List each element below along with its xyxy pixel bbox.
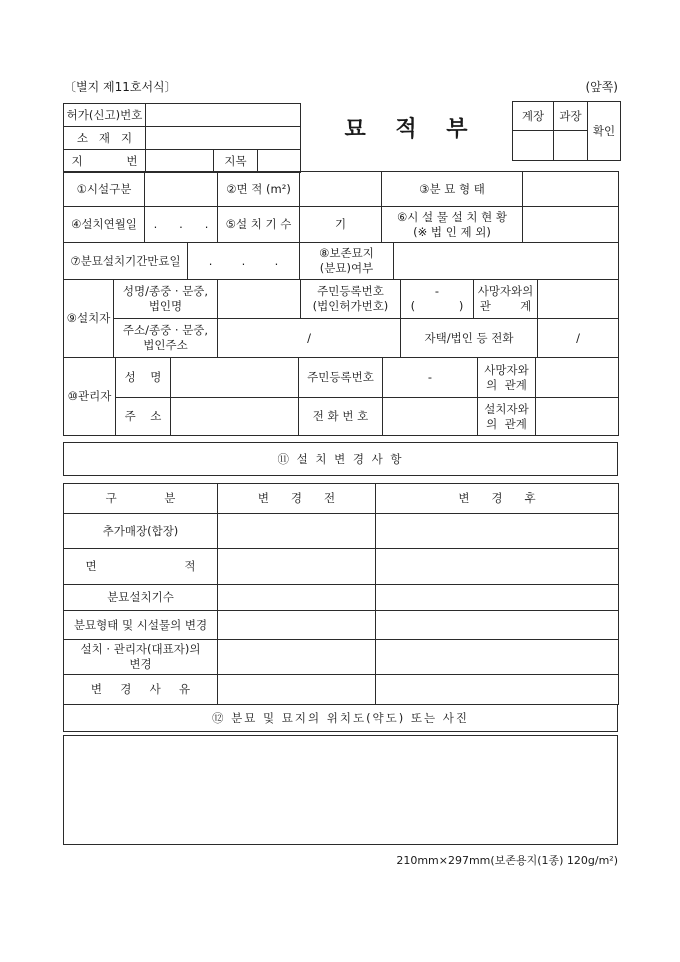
approval-manager-sign-cell <box>554 131 588 161</box>
manager-relation-field <box>536 358 619 398</box>
install-date-field: . . . <box>145 207 218 243</box>
change-before-field <box>218 514 376 549</box>
change-row-label-grave-form-facility: 분묘형태 및 시설물의 변경 <box>64 611 218 640</box>
preserved-grave-label: ⑧보존묘지 (분묘)여부 <box>300 243 394 280</box>
change-col-header-before: 변 경 전 <box>218 484 376 514</box>
facility-status-label: ⑥시 설 물 설 치 현 황 (※ 법 인 제 외) <box>382 207 523 243</box>
manager-name-field <box>171 358 299 398</box>
change-after-field <box>376 640 619 675</box>
manager-table: ⑩관리자 성 명 주민등록번호 - 사망자와 의 관계 주 소 전 화 번 호 … <box>63 357 619 436</box>
area-label: ②면 적 (m²) <box>218 172 300 207</box>
expiry-row-table: ⑦분묘설치기간만료일 . . . ⑧보존묘지 (분묘)여부 <box>63 242 619 280</box>
change-row-label-installer-manager: 설치 · 관리자(대표자)의 변경 <box>64 640 218 675</box>
manager-relation2-label: 설치자와 의 관계 <box>478 398 536 436</box>
facility-status-field <box>523 207 619 243</box>
approval-box: 계장 과장 확인 <box>512 101 621 161</box>
install-count-field: 기 <box>300 207 382 243</box>
map-section-title-bar: ⑫ 분묘 및 묘지의 위치도(약도) 또는 사진 <box>63 704 618 732</box>
installer-name-label: 성명/종중 · 문중, 법인명 <box>114 280 218 319</box>
change-col-header-after: 변 경 후 <box>376 484 619 514</box>
installer-phone-label: 자택/법인 등 전화 <box>401 319 538 358</box>
front-side-note: (앞쪽) <box>63 78 618 95</box>
installer-address-field: / <box>218 319 401 358</box>
installer-address-label: 주소/종중 · 문중, 법인주소 <box>114 319 218 358</box>
change-after-field <box>376 514 619 549</box>
approval-manager-label: 과장 <box>554 102 588 131</box>
land-category-field <box>258 150 301 173</box>
change-before-field <box>218 675 376 705</box>
manager-relation2-field <box>536 398 619 436</box>
grave-form-field <box>523 172 619 207</box>
manager-section-label: ⑩관리자 <box>64 358 116 436</box>
map-section-title: ⑫ 분묘 및 묘지의 위치도(약도) 또는 사진 <box>64 705 618 732</box>
change-row-label-change-reason: 변 경 사 유 <box>64 675 218 705</box>
installer-table: ⑨설치자 성명/종중 · 문중, 법인명 주민등록번호 (법인허가번호) - (… <box>63 279 619 358</box>
manager-phone-label: 전 화 번 호 <box>299 398 383 436</box>
lot-number-label: 지 번 <box>64 150 146 173</box>
approval-chief-sign-cell <box>513 131 554 161</box>
expiry-date-field: . . . <box>188 243 300 280</box>
change-before-field <box>218 549 376 585</box>
paper-spec-note: 210mm×297mm(보존용지(1종) 120g/m²) <box>63 852 618 868</box>
preserved-grave-field <box>394 243 619 280</box>
change-row-label-area: 면 적 <box>64 549 218 585</box>
installer-section-label: ⑨설치자 <box>64 280 114 358</box>
map-photo-area <box>63 735 618 845</box>
header-table: 허가(신고)번호 소 재 지 지 번 지목 <box>63 103 301 173</box>
install-count-label: ⑤설 치 기 수 <box>218 207 300 243</box>
change-after-field <box>376 675 619 705</box>
area-field <box>300 172 382 207</box>
permit-number-field <box>146 104 301 127</box>
facility-class-label: ①시설구분 <box>64 172 145 207</box>
facility-class-field <box>145 172 218 207</box>
manager-address-label: 주 소 <box>116 398 171 436</box>
change-section-title: ⑪ 설 치 변 경 사 항 <box>64 443 618 476</box>
approval-confirm-label: 확인 <box>588 102 621 161</box>
lot-number-field <box>146 150 214 173</box>
location-field <box>146 127 301 150</box>
manager-rrn-field: - <box>383 358 478 398</box>
manager-relation-label: 사망자와 의 관계 <box>478 358 536 398</box>
change-after-field <box>376 549 619 585</box>
manager-phone-field <box>383 398 478 436</box>
expiry-date-label: ⑦분묘설치기간만료일 <box>64 243 188 280</box>
installer-phone-field: / <box>538 319 619 358</box>
permit-number-label: 허가(신고)번호 <box>64 104 146 127</box>
approval-chief-label: 계장 <box>513 102 554 131</box>
change-row-label-additional-burial: 추가매장(합장) <box>64 514 218 549</box>
change-after-field <box>376 585 619 611</box>
change-section-title-bar: ⑪ 설 치 변 경 사 항 <box>63 442 618 476</box>
grave-registry-form-page: 〔별지 제11호서식〕 (앞쪽) 허가(신고)번호 소 재 지 지 번 지목 묘… <box>0 0 680 962</box>
change-before-field <box>218 611 376 640</box>
change-before-field <box>218 585 376 611</box>
manager-rrn-label: 주민등록번호 <box>299 358 383 398</box>
installer-rrn-field: - ( ) <box>401 280 474 319</box>
installer-relation-label: 사망자와의 관 계 <box>474 280 538 319</box>
change-col-header-category: 구 분 <box>64 484 218 514</box>
form-body: ①시설구분 ②면 적 (m²) ③분 묘 형 태 ④설치연월일 . . . ⑤설… <box>63 171 618 845</box>
install-date-label: ④설치연월일 <box>64 207 145 243</box>
manager-address-field <box>171 398 299 436</box>
change-before-field <box>218 640 376 675</box>
land-category-label: 지목 <box>214 150 258 173</box>
change-table: 구 분 변 경 전 변 경 후 추가매장(합장) 면 적 <box>63 483 619 705</box>
change-row-label-grave-count: 분묘설치기수 <box>64 585 218 611</box>
location-label: 소 재 지 <box>64 127 146 150</box>
facility-info-table: ①시설구분 ②면 적 (m²) ③분 묘 형 태 ④설치연월일 . . . ⑤설… <box>63 171 619 243</box>
grave-form-label: ③분 묘 형 태 <box>382 172 523 207</box>
installer-rrn-label: 주민등록번호 (법인허가번호) <box>301 280 401 319</box>
change-after-field <box>376 611 619 640</box>
form-title: 묘 적 부 <box>300 112 512 143</box>
manager-name-label: 성 명 <box>116 358 171 398</box>
installer-name-field <box>218 280 301 319</box>
installer-relation-field <box>538 280 619 319</box>
